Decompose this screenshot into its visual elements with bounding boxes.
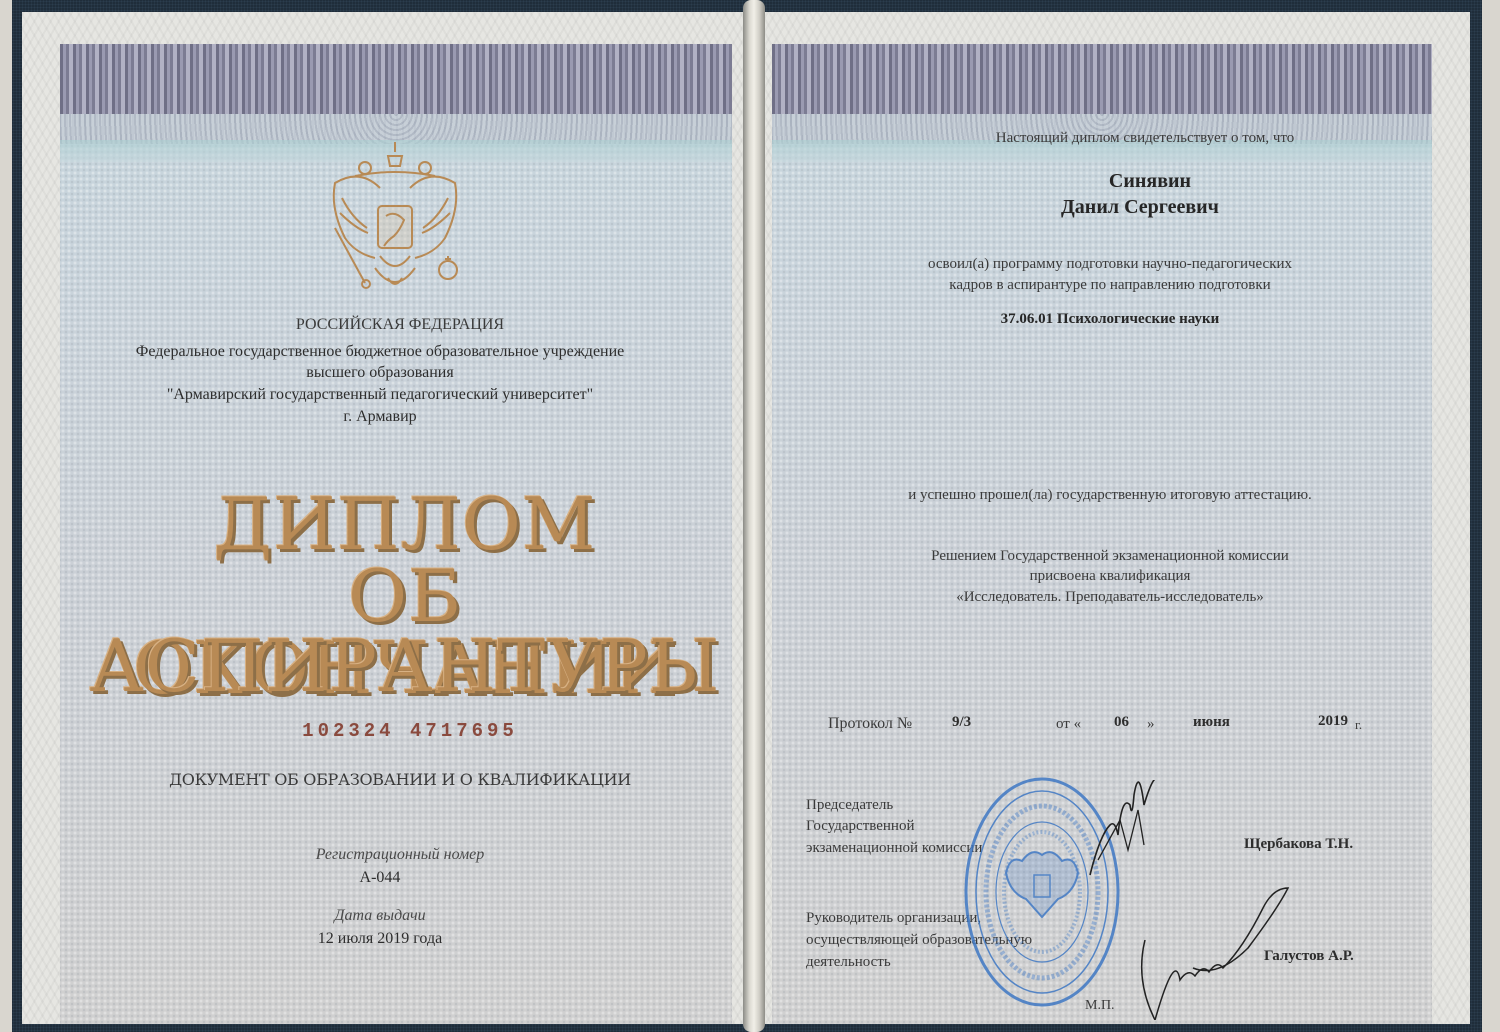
chair-title-line-1: Председатель [806,797,893,814]
qualification: «Исследователь. Преподаватель-исследоват… [820,589,1400,606]
registration-label: Регистрационный номер [250,846,550,864]
head-signature [1125,880,1295,1020]
protocol-from-label: от « [1056,716,1081,733]
protocol-month: июня [1193,714,1230,731]
issue-date: 12 июля 2019 года [250,930,510,948]
guilloche-band [772,44,1432,114]
issue-date-label: Дата выдачи [250,907,510,925]
head-title-line-3: деятельность [806,954,891,971]
institution-line-1: Федеральное государственное бюджетное об… [80,343,680,361]
program-line-1: освоил(а) программу подготовки научно-пе… [820,256,1400,273]
chair-signature [1080,780,1200,890]
institution-city: г. Армавир [80,408,680,426]
graduate-given-names: Данил Сергеевич [870,196,1410,219]
registration-number: А-044 [250,869,510,887]
russian-coat-of-arms-icon [320,138,470,303]
guilloche-band [60,44,732,114]
institution-name: "Армавирский государственный педагогичес… [80,386,680,404]
diploma-title-line-3: АСПИРАНТУРЫ [80,630,730,702]
chair-title-line-2: Государственной [806,818,914,835]
certification-intro: Настоящий диплом свидетельствует о том, … [880,130,1410,147]
protocol-label: Протокол № [828,715,912,733]
protocol-number: 9/3 [952,714,971,731]
document-type: ДОКУМЕНТ ОБ ОБРАЗОВАНИИ И О КВАЛИФИКАЦИИ [130,770,670,789]
chair-title-line-3: экзаменационной комиссии [806,840,982,857]
protocol-close-quote: » [1147,716,1155,733]
institution-line-2: высшего образования [80,364,680,382]
seal-label: М.П. [1085,998,1115,1014]
attestation-text: и успешно прошел(ла) государственную ито… [810,487,1410,504]
head-title-line-1: Руководитель организации, [806,910,981,927]
binding-spine [743,0,765,1032]
serial-number: 102324 4717695 [130,720,690,742]
protocol-year: 2019 [1318,713,1348,730]
country-name: РОССИЙСКАЯ ФЕДЕРАЦИЯ [160,316,640,334]
protocol-year-suffix: г. [1355,717,1362,733]
graduate-surname: Синявин [880,170,1420,193]
specialty: 37.06.01 Психологические науки [820,311,1400,328]
decision-line-1: Решением Государственной экзаменационной… [820,548,1400,565]
decision-line-2: присвоена квалификация [820,568,1400,585]
chair-name: Щербакова Т.Н. [1244,836,1353,853]
program-line-2: кадров в аспирантуре по направлению подг… [820,277,1400,294]
diploma-title-line-1: ДИПЛОМ [80,488,730,560]
protocol-day: 06 [1114,714,1129,731]
